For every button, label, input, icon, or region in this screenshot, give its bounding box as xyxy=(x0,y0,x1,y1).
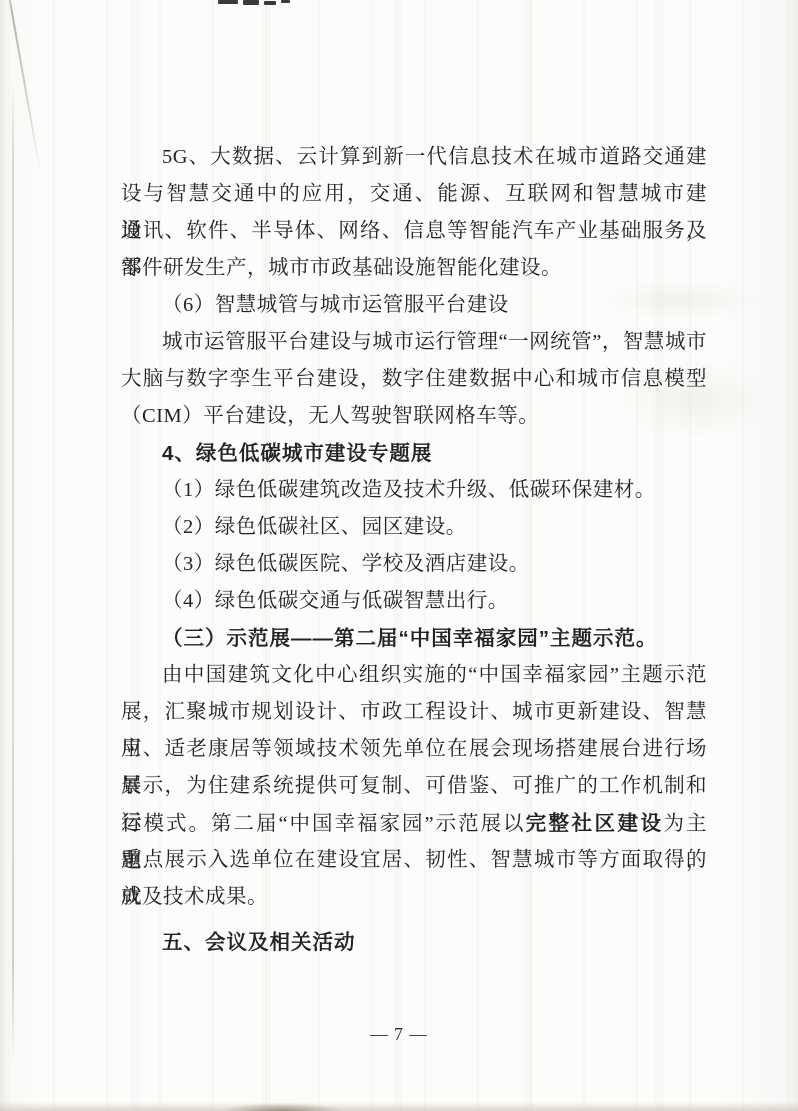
text-line: 设与智慧交通中的应用，交通、能源、互联网和智慧城市建设， xyxy=(121,176,707,213)
text-line: 就及技术成果。 xyxy=(121,879,707,916)
text-line: 通讯、软件、半导体、网络、信息等智能汽车产业基础服务及零 xyxy=(121,213,707,250)
text-line: 用、适老康居等领域技术领先单位在展会现场搭建展台进行场景 xyxy=(121,731,707,768)
text-line: （CIM）平台建设，无人驾驶智联网格车等。 xyxy=(121,398,707,435)
text-line: 部件研发生产，城市市政基础设施智能化建设。 xyxy=(121,250,707,287)
scan-left-edge-shadow xyxy=(0,0,12,1111)
text-line: 展示，为住建系统提供可复制、可借鉴、可推广的工作机制和运 xyxy=(121,768,707,805)
scan-mark-top xyxy=(281,0,290,3)
scan-mark-top xyxy=(218,0,238,4)
list-item: （4）绿色低碳交通与低碳智慧出行。 xyxy=(121,583,707,620)
list-item: （3）绿色低碳医院、学校及酒店建设。 xyxy=(121,546,707,583)
scanned-document-page: 5G、大数据、云计算到新一代信息技术在城市道路交通建 设与智慧交通中的应用，交通… xyxy=(0,0,798,1111)
list-item: （1）绿色低碳建筑改造及技术升级、低碳环保建材。 xyxy=(121,472,707,509)
text-line: 重点展示入选单位在建设宜居、韧性、智慧城市等方面取得的成 xyxy=(121,842,707,879)
scan-bottom-smudge xyxy=(222,1103,342,1111)
section-heading-demo-exhibition: （三）示范展——第二届“中国幸福家园”主题示范。 xyxy=(121,620,707,657)
scan-mark-top xyxy=(264,1,276,5)
text-line: 大脑与数字孪生平台建设，数字住建数据中心和城市信息模型 xyxy=(121,361,707,398)
section-heading-green-low-carbon: 4、绿色低碳城市建设专题展 xyxy=(121,435,707,472)
scan-mark-top xyxy=(243,0,259,5)
text-line: 5G、大数据、云计算到新一代信息技术在城市道路交通建 xyxy=(121,139,707,176)
document-body: 5G、大数据、云计算到新一代信息技术在城市道路交通建 设与智慧交通中的应用，交通… xyxy=(121,139,707,961)
text-line: 展，汇聚城市规划设计、市政工程设计、城市更新建设、智慧应 xyxy=(121,694,707,731)
scan-fold-line xyxy=(12,80,14,1065)
text-line: 由中国建筑文化中心组织实施的“中国幸福家园”主题示范 xyxy=(121,657,707,694)
subsection-heading-smart-city-mgmt: （6）智慧城管与城市运管服平台建设 xyxy=(121,287,707,324)
text-line-mixed-bold: 行模式。第二届“中国幸福家园”示范展以完整社区建设为主题， xyxy=(121,805,707,842)
text-segment: 行模式。第二届“中国幸福家园”示范展以 xyxy=(121,813,526,835)
scan-bottom-band xyxy=(0,1102,798,1111)
text-line: 城市运管服平台建设与城市运行管理“一网统管”，智慧城市 xyxy=(121,324,707,361)
section-heading-meetings-activities: 五、会议及相关活动 xyxy=(121,924,707,961)
list-item: （2）绿色低碳社区、园区建设。 xyxy=(121,509,707,546)
scan-right-edge-shadow xyxy=(792,0,798,1111)
bold-phrase-complete-community: 完整社区建设 xyxy=(526,812,664,835)
page-number: — 7 — xyxy=(0,1022,798,1046)
